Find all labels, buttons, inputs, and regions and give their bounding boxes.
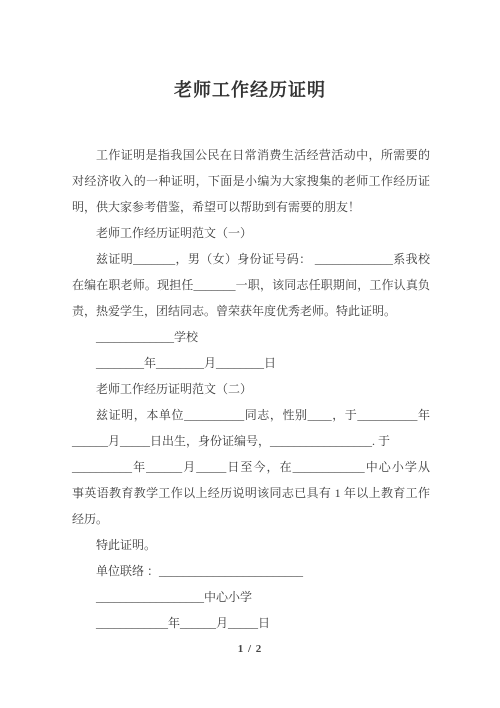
sample2-heading: 老师工作经历证明范文（二） xyxy=(72,376,430,402)
intro-line-2: 对经济收入的一种证明，下面是小编为大家搜集的老师工作经历证 xyxy=(72,168,430,194)
unit-contact-line: 单位联络 ：________________________ xyxy=(72,558,430,584)
sample2-body-line-4: 事英语教育教学工作以上经历说明该同志已具有 1 年以上教育工作 xyxy=(72,480,430,506)
sample1-school-line: _____________学校 xyxy=(72,324,430,350)
sample2-body-line-2: ______月_____日出生，身份证编号，_________________.… xyxy=(72,428,430,454)
sample1-body-line-2: 在编在职老师。现担任_______一职，该同志任职期间，工作认真负 xyxy=(72,272,430,298)
school-name-line: __________________中心小学 xyxy=(72,584,430,610)
sample2-body-line-3: __________年______月_____日至今，在____________… xyxy=(72,454,430,480)
document-page: 老师工作经历证明 工作证明是指我国公民在日常消费生活经营活动中，所需要的 对经济… xyxy=(0,0,500,708)
sample1-body-line-1: 兹证明_______，男（女）身份证号码： _____________系我校 xyxy=(72,246,430,272)
intro-line-3: 明，供大家参考借鉴，希望可以帮助到有需要的朋友！ xyxy=(72,194,430,220)
sample2-date-line: ____________年______月_____日 xyxy=(72,610,430,636)
sample2-body-line-1: 兹证明，本单位__________同志，性别____，于__________年 xyxy=(72,402,430,428)
sample1-date-line: ________年________月________日 xyxy=(72,350,430,376)
document-body: 工作证明是指我国公民在日常消费生活经营活动中，所需要的 对经济收入的一种证明，下… xyxy=(72,142,430,636)
page-title: 老师工作经历证明 xyxy=(0,0,500,103)
page-indicator: 1 / 2 xyxy=(0,636,500,662)
intro-line-1: 工作证明是指我国公民在日常消费生活经营活动中，所需要的 xyxy=(72,142,430,168)
sample2-conclusion: 特此证明。 xyxy=(72,532,430,558)
sample2-body-line-5: 经历。 xyxy=(72,506,430,532)
sample1-body-line-3: 责，热爱学生，团结同志。曾荣获年度优秀老师。特此证明。 xyxy=(72,298,430,324)
sample1-heading: 老师工作经历证明范文（一） xyxy=(72,220,430,246)
